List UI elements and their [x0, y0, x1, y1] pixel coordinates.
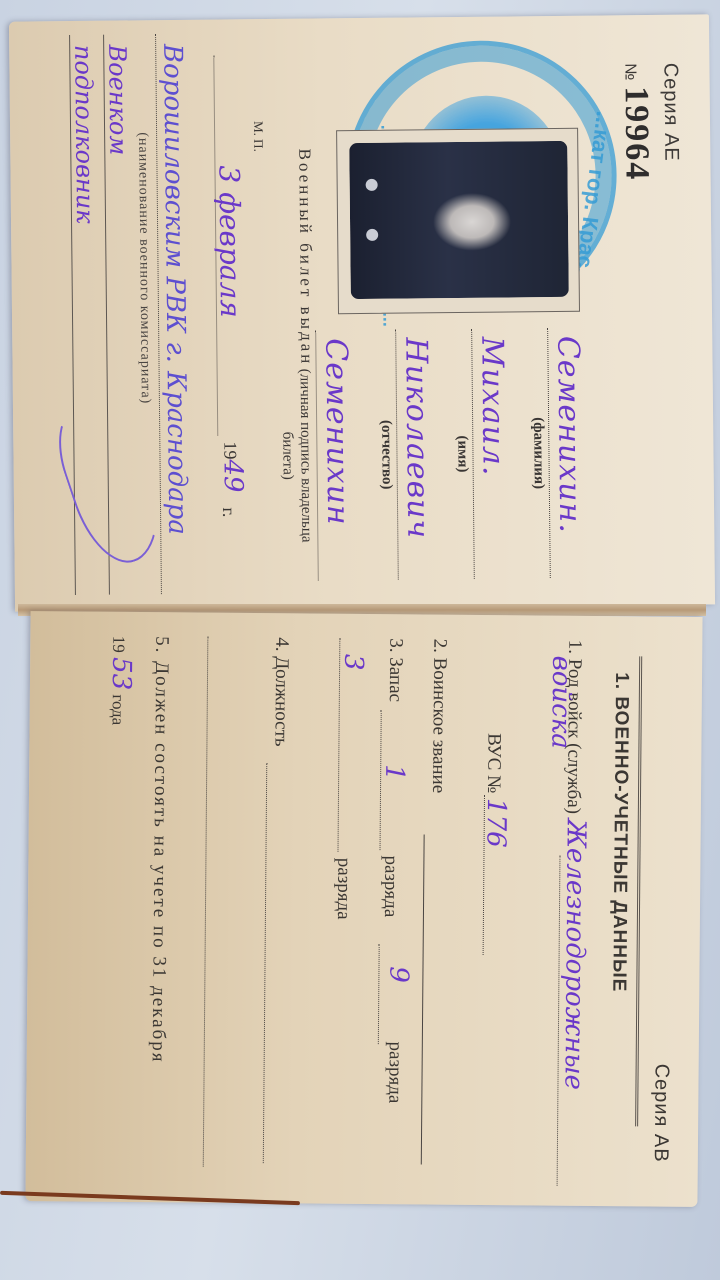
issued-label: Военный билет выдан — [294, 148, 316, 366]
number-sign: № — [620, 63, 638, 80]
ticket-number: 19964 — [617, 86, 656, 181]
surname-field: Семенихин. (фамилия) — [528, 328, 585, 579]
registration-year-row: 19 53 года — [106, 636, 137, 726]
position-label: 4. Должность — [270, 637, 292, 747]
series-label: Серия АЕ — [658, 63, 682, 181]
issue-date-row: 3 февраля 1949 г. — [207, 55, 253, 595]
issue-year: 1949 — [217, 441, 248, 492]
year-prefix: 19 — [220, 441, 240, 459]
reserve-value-row: 1 разряда — [378, 764, 409, 917]
section-heading: 1. ВОЕННО-УЧЕТНЫЕ ДАННЫЕ — [607, 672, 632, 992]
reserve-label: 3. Запас — [385, 638, 407, 702]
service-branch-value-line2-row: войска — [545, 656, 576, 749]
owner-photo — [349, 141, 569, 299]
year-suffix: г. — [218, 507, 239, 517]
signature-caption: (личная подпись владельца билета) — [277, 331, 316, 581]
category-b-row: 3 — [338, 654, 368, 671]
military-id-booklet: ...кат гор. Крас... ...ВОРОШИЛОВСКИЙ... … — [12, 18, 712, 1198]
category-b-value: 3 — [338, 654, 368, 671]
first-name-field: Михаил. (имя) — [452, 328, 509, 579]
registration-year-prefix: 19 — [109, 636, 128, 653]
category-word: разряда — [384, 1041, 406, 1103]
position-row: 4. Должность — [269, 637, 292, 747]
rank-label: 2. Воинское звание — [428, 639, 450, 794]
patronymic-caption: (отчество) — [376, 330, 396, 580]
rank-row: 2. Воинское звание — [427, 639, 450, 794]
registration-until-label: 5. Должен состоять на учете по 31 декабр… — [148, 636, 173, 1063]
surname-caption: (фамилия) — [528, 328, 548, 578]
vus-value: 176 — [481, 798, 511, 848]
category-value: 9 — [383, 966, 413, 983]
year-handwritten: 49 — [218, 459, 248, 492]
photo-frame — [336, 128, 580, 315]
owner-signature: Семенихин — [318, 338, 355, 526]
rank-line — [421, 835, 425, 1165]
commissar-title-handwritten: Военком — [103, 44, 132, 155]
commissar-signature-scrawl — [46, 392, 178, 574]
category-value-row: 9 разряда — [382, 966, 413, 1103]
signature-field: Семенихин (личная подпись владельца биле… — [277, 330, 353, 581]
signature-caption-line1: (личная подпись владельца — [295, 331, 316, 581]
patronymic-handwritten: Николаевич — [398, 337, 435, 539]
heading-rule — [635, 656, 642, 1126]
reserve-value: 1 — [379, 764, 409, 781]
commissariat-line: Ворошиловским РВК г. Краснодара — [155, 34, 195, 594]
vus-label: ВУС № — [483, 733, 505, 793]
first-name-handwritten: Михаил. — [474, 336, 510, 476]
right-series-label: Серия АВ — [649, 1064, 673, 1163]
first-name-caption: (имя) — [452, 329, 472, 579]
stamp-place-label: М. П. — [250, 121, 266, 152]
reserve-row: 3. Запас — [384, 638, 407, 702]
ticket-number-row: № 19964 — [616, 63, 655, 182]
id-page: ...кат гор. Крас... ...ВОРОШИЛОВСКИЙ... … — [9, 14, 715, 611]
registration-year-suffix: года — [109, 694, 128, 725]
position-dotted-line — [263, 763, 267, 1163]
ticket-number-last-digit: 4 — [618, 162, 655, 181]
surname-handwritten: Семенихин. — [550, 336, 587, 534]
ticket-number-digits: 1996 — [618, 86, 656, 162]
registration-year-handwritten: 53 — [106, 657, 136, 690]
issue-date-handwritten: 3 февраля — [212, 165, 247, 318]
position-dotted-line-2 — [203, 637, 209, 1167]
service-branch-value: Железнодорожные — [558, 819, 590, 1090]
commissariat-handwritten: Ворошиловским РВК г. Краснодара — [157, 44, 192, 535]
patronymic-field: Николаевич (отчество) — [376, 329, 433, 580]
rotated-document-stage: ...кат гор. Крас... ...ВОРОШИЛОВСКИЙ... … — [0, 0, 720, 1280]
vus-row: ВУС № 176 — [481, 733, 512, 848]
uniform-button-icon — [366, 179, 378, 191]
category-dotted-line — [378, 944, 380, 1044]
category-b-word: разряда — [333, 858, 355, 920]
registration-data-page: Серия АВ 1. ВОЕННО-УЧЕТНЫЕ ДАННЫЕ 1. Род… — [25, 611, 702, 1207]
reserve-category-word: разряда — [380, 855, 402, 917]
service-branch-value-line2: войска — [545, 656, 576, 749]
registration-until-row: 5. Должен состоять на учете по 31 декабр… — [147, 636, 173, 1063]
commissar-rank-handwritten: подполковник — [69, 45, 99, 224]
vus-dotted-line — [483, 795, 485, 955]
series-block: Серия АЕ № 19964 — [616, 63, 682, 182]
category-b-word-row: разряда — [332, 858, 355, 920]
uniform-button-icon — [366, 229, 378, 241]
